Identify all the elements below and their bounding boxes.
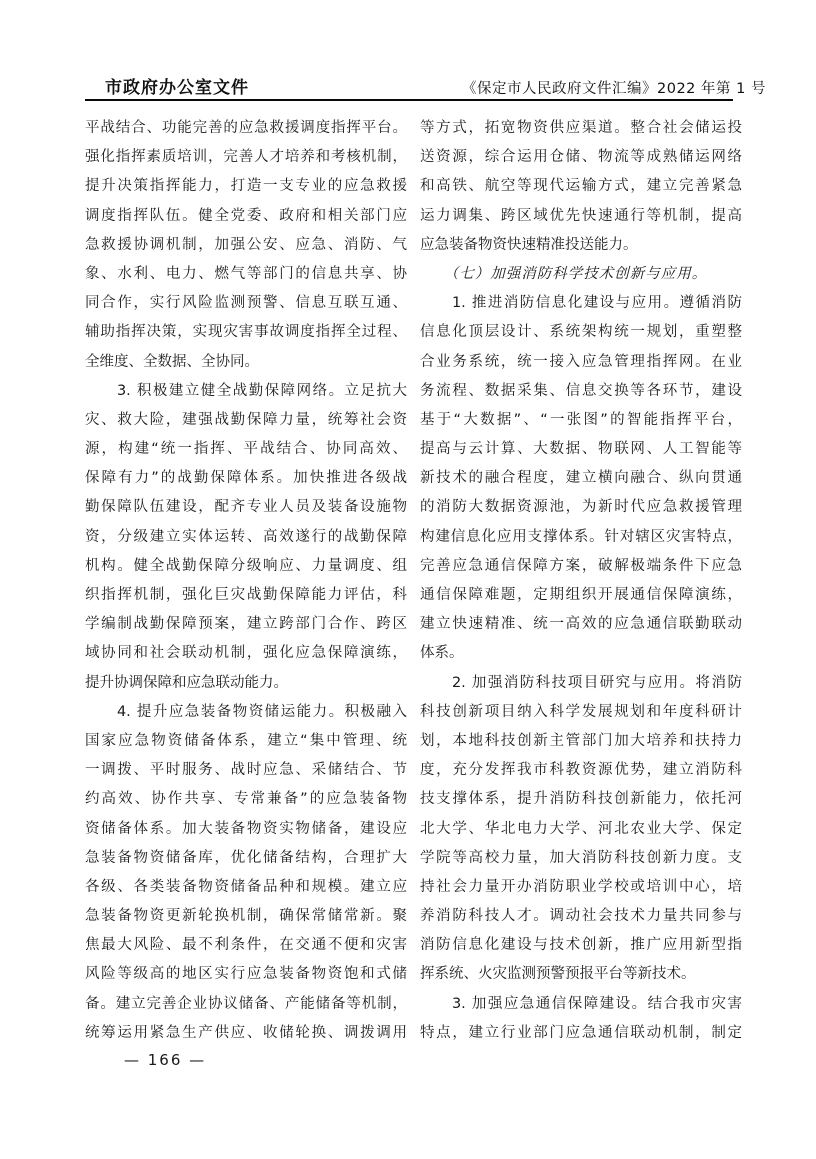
text-line: 2. 加强消防科技项目研究与应用。将消防 bbox=[420, 669, 742, 698]
text-line: 保障有力”的战勤保障体系。加快推进各级战 bbox=[85, 464, 407, 493]
text-line: 度，充分发挥我市科教资源优势，建立消防科 bbox=[420, 756, 742, 785]
text-line: 建立快速精准、统一高效的应急通信联勤联动 bbox=[420, 610, 742, 639]
text-line: 急救援协调机制，加强公安、应急、消防、气 bbox=[85, 231, 407, 260]
text-line: 持社会力量开办消防职业学校或培训中心，培 bbox=[420, 873, 742, 902]
text-line: 信息化顶层设计、系统架构统一规划，重塑整 bbox=[420, 318, 742, 347]
column-left: 平战结合、功能完善的应急救援调度指挥平台。强化指挥素质培训，完善人才培养和考核机… bbox=[85, 114, 407, 1048]
text-line: 基于“大数据”、“一张图”的智能指挥平台， bbox=[420, 406, 742, 435]
text-line: 科技创新项目纳入科学发展规划和年度科研计 bbox=[420, 698, 742, 727]
text-line: 划，本地科技创新主管部门加大培养和扶持力 bbox=[420, 727, 742, 756]
text-line: 提升决策指挥能力，打造一支专业的应急救援 bbox=[85, 172, 407, 201]
text-line: 各级、各类装备物资储备品种和规模。建立应 bbox=[85, 873, 407, 902]
text-line: 体系。 bbox=[420, 639, 742, 668]
text-line: 送资源，综合运用仓储、物流等成熟储运网络 bbox=[420, 143, 742, 172]
text-line: 北大学、华北电力大学、河北农业大学、保定 bbox=[420, 815, 742, 844]
text-line: 风险等级高的地区实行应急装备物资饱和式储 bbox=[85, 960, 407, 989]
text-line: 象、水利、电力、燃气等部门的信息共享、协 bbox=[85, 260, 407, 289]
text-line: 和高铁、航空等现代运输方式，建立完善紧急 bbox=[420, 172, 742, 201]
text-line: 平战结合、功能完善的应急救援调度指挥平台。 bbox=[85, 114, 407, 143]
text-line: 1. 推进消防信息化建设与应用。遵循消防 bbox=[420, 289, 742, 318]
text-line: 消防信息化建设与技术创新，推广应用新型指 bbox=[420, 931, 742, 960]
text-line: 学编制战勤保障预案，建立跨部门合作、跨区 bbox=[85, 610, 407, 639]
text-line: 统筹运用紧急生产供应、收储轮换、调拨调用 bbox=[85, 1019, 407, 1048]
text-line: 机构。健全战勤保障分级响应、力量调度、组 bbox=[85, 552, 407, 581]
text-line: 备。建立完善企业协议储备、产能储备等机制， bbox=[85, 990, 407, 1019]
text-line: 提高与云计算、大数据、物联网、人工智能等 bbox=[420, 435, 742, 464]
text-line: 急装备物资储备库，优化储备结构，合理扩大 bbox=[85, 844, 407, 873]
text-line: 约高效、协作共享、专常兼备”的应急装备物 bbox=[85, 785, 407, 814]
text-line: 一调拨、平时服务、战时应急、采储结合、节 bbox=[85, 756, 407, 785]
text-line: 特点，建立行业部门应急通信联动机制，制定 bbox=[420, 1019, 742, 1048]
text-line: 技支撑体系，提升消防科技创新能力，依托河 bbox=[420, 785, 742, 814]
text-line: 资，分级建立实体运转、高效遂行的战勤保障 bbox=[85, 523, 407, 552]
text-line: 资储备体系。加大装备物资实物储备，建设应 bbox=[85, 815, 407, 844]
text-line: 同合作，实行风险监测预警、信息互联互通、 bbox=[85, 289, 407, 318]
text-line: 养消防科技人才。调动社会技术力量共同参与 bbox=[420, 902, 742, 931]
text-line: 3. 加强应急通信保障建设。结合我市灾害 bbox=[420, 990, 742, 1019]
text-line: 勤保障队伍建设，配齐专业人员及装备设施物 bbox=[85, 493, 407, 522]
header-right-title: 《保定市人民政府文件汇编》2022 年第 1 号 bbox=[462, 77, 766, 98]
text-line: 完善应急通信保障方案，破解极端条件下应急 bbox=[420, 552, 742, 581]
text-line: 辅助指挥决策，实现灾害事故调度指挥全过程、 bbox=[85, 318, 407, 347]
text-line: 学院等高校力量，加大消防科技创新力度。支 bbox=[420, 844, 742, 873]
text-line: 等方式，拓宽物资供应渠道。整合社会储运投 bbox=[420, 114, 742, 143]
text-line: 合业务系统，统一接入应急管理指挥网。在业 bbox=[420, 348, 742, 377]
document-page: 市政府办公室文件 《保定市人民政府文件汇编》2022 年第 1 号 平战结合、功… bbox=[0, 0, 816, 1159]
text-line: 织指挥机制，强化巨灾战勤保障能力评估，科 bbox=[85, 581, 407, 610]
page-number: — 166 — bbox=[124, 1051, 206, 1069]
header-left-title: 市政府办公室文件 bbox=[105, 73, 249, 98]
text-line: 提升协调保障和应急联动能力。 bbox=[85, 669, 407, 698]
text-line: 运力调集、跨区域优先快速通行等机制，提高 bbox=[420, 202, 742, 231]
header-rule bbox=[85, 99, 733, 101]
text-line: 国家应急物资储备体系，建立“集中管理、统 bbox=[85, 727, 407, 756]
text-line: 务流程、数据采集、信息交换等各环节，建设 bbox=[420, 377, 742, 406]
column-right: 等方式，拓宽物资供应渠道。整合社会储运投送资源，综合运用仓储、物流等成熟储运网络… bbox=[420, 114, 742, 1048]
text-line: 全维度、全数据、全协同。 bbox=[85, 348, 407, 377]
text-line: 强化指挥素质培训，完善人才培养和考核机制， bbox=[85, 143, 407, 172]
text-line: 3. 积极建立健全战勤保障网络。立足抗大 bbox=[85, 377, 407, 406]
text-line: 源，构建“统一指挥、平战结合、协同高效、 bbox=[85, 435, 407, 464]
text-line: 新技术的融合程度，建立横向融合、纵向贯通 bbox=[420, 464, 742, 493]
text-line: 构建信息化应用支撑体系。针对辖区灾害特点， bbox=[420, 523, 742, 552]
text-line: 调度指挥队伍。健全党委、政府和相关部门应 bbox=[85, 202, 407, 231]
text-line: 4. 提升应急装备物资储运能力。积极融入 bbox=[85, 698, 407, 727]
text-line: 急装备物资更新轮换机制，确保常储常新。聚 bbox=[85, 902, 407, 931]
text-line: 通信保障难题，定期组织开展通信保障演练， bbox=[420, 581, 742, 610]
text-line: 灾、救大险，建强战勤保障力量，统筹社会资 bbox=[85, 406, 407, 435]
text-line: （七）加强消防科学技术创新与应用。 bbox=[420, 260, 742, 289]
text-line: 挥系统、火灾监测预警预报平台等新技术。 bbox=[420, 960, 742, 989]
text-line: 焦最大风险、最不利条件，在交通不便和灾害 bbox=[85, 931, 407, 960]
text-line: 域协同和社会联动机制，强化应急保障演练， bbox=[85, 639, 407, 668]
text-line: 的消防大数据资源池，为新时代应急救援管理 bbox=[420, 493, 742, 522]
text-line: 应急装备物资快速精准投送能力。 bbox=[420, 231, 742, 260]
